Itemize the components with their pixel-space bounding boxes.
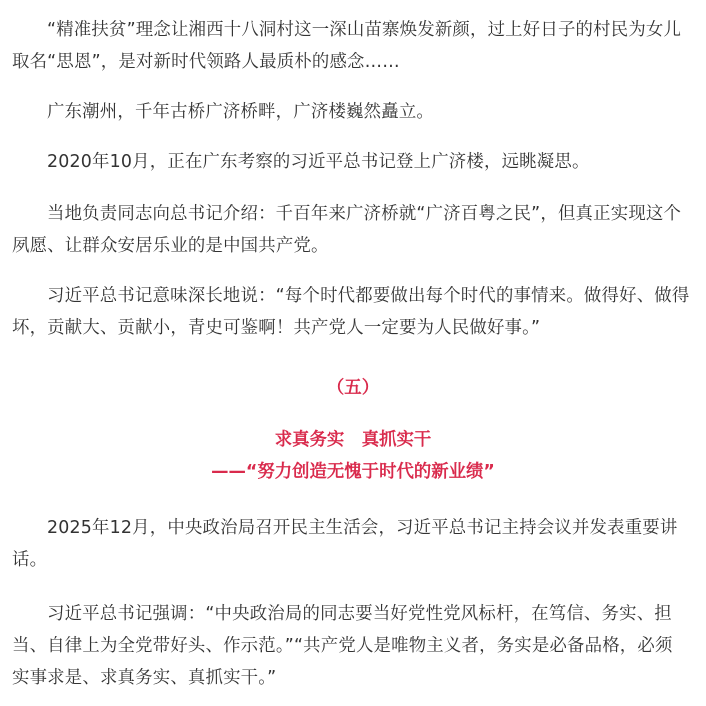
section-title: 求真务实 真抓实干 (0, 424, 706, 456)
paragraph-line: 当地负责同志向总书记介绍：千百年来广济桥就“广济百粤之民”，但真正实现这个 (12, 198, 696, 230)
paragraph-poverty-alleviation: “精准扶贫”理念让湘西十八洞村这一深山苗寨焕发新颜，过上好日子的村民为女儿 取名… (12, 14, 696, 78)
paragraph-line: 习近平总书记强调：“中央政治局的同志要当好党性党风标杆，在笃信、务实、担 (12, 598, 696, 630)
paragraph-line: 取名“思恩”，是对新时代领路人最质朴的感念…… (12, 46, 696, 78)
paragraph-line: 广东潮州，千年古桥广济桥畔，广济楼巍然矗立。 (12, 96, 696, 128)
paragraph-chaozhou: 广东潮州，千年古桥广济桥畔，广济楼巍然矗立。 (12, 96, 696, 128)
paragraph-line: 实事求是、求真务实、真抓实干。” (12, 662, 696, 694)
section-number: （五） (0, 372, 706, 404)
paragraph-line: 2020年10月，正在广东考察的习近平总书记登上广济楼，远眺凝思。 (12, 146, 696, 178)
paragraph-2020-visit: 2020年10月，正在广东考察的习近平总书记登上广济楼，远眺凝思。 (12, 146, 696, 178)
paragraph-line: 习近平总书记意味深长地说：“每个时代都要做出每个时代的事情来。做得好、做得 (12, 280, 696, 312)
paragraph-line: 话。 (12, 544, 696, 576)
paragraph-local-official: 当地负责同志向总书记介绍：千百年来广济桥就“广济百粤之民”，但真正实现这个 夙愿… (12, 198, 696, 262)
section-subtitle: ——“努力创造无愧于时代的新业绩” (0, 456, 706, 488)
paragraph-quote-era: 习近平总书记意味深长地说：“每个时代都要做出每个时代的事情来。做得好、做得 坏，… (12, 280, 696, 344)
paragraph-line: 夙愿、让群众安居乐业的是中国共产党。 (12, 230, 696, 262)
paragraph-line: 当、自律上为全党带好头、作示范。”“共产党人是唯物主义者，务实是必备品格，必须 (12, 630, 696, 662)
paragraph-quote-pragmatism: 习近平总书记强调：“中央政治局的同志要当好党性党风标杆，在笃信、务实、担 当、自… (12, 598, 696, 694)
paragraph-line: “精准扶贫”理念让湘西十八洞村这一深山苗寨焕发新颜，过上好日子的村民为女儿 (12, 14, 696, 46)
paragraph-2025-meeting: 2025年12月，中央政治局召开民主生活会，习近平总书记主持会议并发表重要讲 话… (12, 512, 696, 576)
article-body: “精准扶贫”理念让湘西十八洞村这一深山苗寨焕发新颜，过上好日子的村民为女儿 取名… (0, 0, 706, 706)
paragraph-line: 坏，贡献大、贡献小，青史可鉴啊！共产党人一定要为人民做好事。” (12, 312, 696, 344)
paragraph-line: 2025年12月，中央政治局召开民主生活会，习近平总书记主持会议并发表重要讲 (12, 512, 696, 544)
